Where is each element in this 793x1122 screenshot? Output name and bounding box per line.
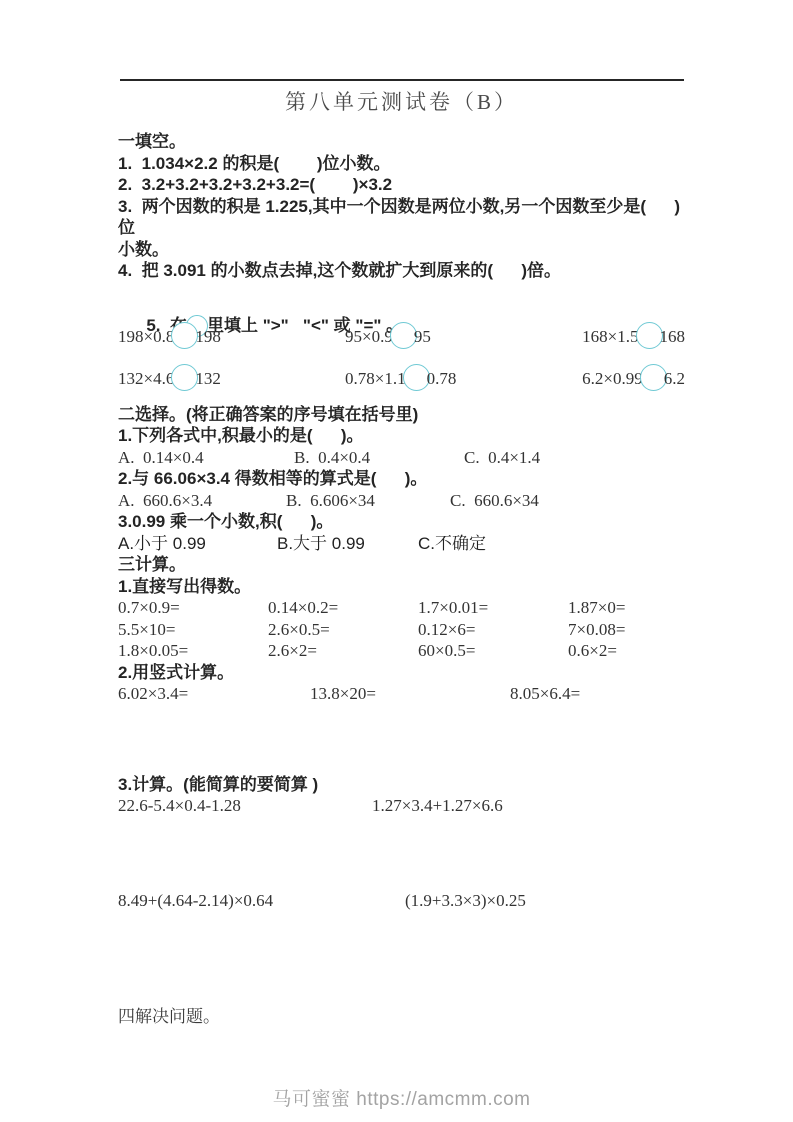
page-title: 第八单元测试卷（B） <box>118 88 685 116</box>
option-c: C. 0.4×1.4 <box>464 447 685 469</box>
math-expression: 1.87×0= <box>568 597 685 619</box>
choice-q2: 2.与 66.06×3.4 得数相等的算式是( )。 <box>118 468 685 490</box>
fill-q2: 2. 3.2+3.2+3.2+3.2+3.2=( )×3.2 <box>118 174 685 196</box>
simplify-row: 8.49+(4.64-2.14)×0.64 (1.9+3.3×3)×0.25 <box>118 890 685 912</box>
worksheet-content: 第八单元测试卷（B） 一填空。 1. 1.034×2.2 的积是( )位小数。 … <box>0 0 793 1112</box>
math-expression: 7×0.08= <box>568 619 685 641</box>
compare-right: 0.78 <box>427 369 457 388</box>
fill-q4: 4. 把 3.091 的小数点去掉,这个数就扩大到原来的( )倍。 <box>118 260 685 282</box>
compare-cell: 95×0.995 <box>345 322 560 352</box>
mental-math-row: 0.7×0.9= 0.14×0.2= 1.7×0.01= 1.87×0= <box>118 597 685 619</box>
fill-q5: 5. 在里填上 ">" "<" 或 "=" 。 <box>118 284 685 314</box>
option-a: A. 0.14×0.4 <box>118 447 294 469</box>
math-expression: 2.6×2= <box>268 640 418 662</box>
mental-math-label: 1.直接写出得数。 <box>118 576 685 598</box>
compare-right: 198 <box>195 327 221 346</box>
compare-right: 168 <box>660 327 686 346</box>
compare-left: 6.2×0.99 <box>582 369 643 388</box>
mental-math-row: 5.5×10= 2.6×0.5= 0.12×6= 7×0.08= <box>118 619 685 641</box>
compare-cell: 198×0.8198 <box>118 322 345 352</box>
compare-right: 132 <box>195 369 221 388</box>
simplify-calc-label: 3.计算。(能简算的要简算 ) <box>118 774 685 796</box>
math-expression: 0.12×6= <box>418 619 568 641</box>
fill-q3: 3. 两个因数的积是 1.225,其中一个因数是两位小数,另一个因数至少是( )… <box>118 196 685 239</box>
answer-circle-icon <box>636 322 663 349</box>
option-b: B. 0.4×0.4 <box>294 447 464 469</box>
choice-q2-options: A. 660.6×3.4 B. 6.606×34 C. 660.6×34 <box>118 490 685 512</box>
fill-q3-wrap: 小数。 <box>118 239 685 261</box>
section1-heading: 一填空。 <box>118 131 685 153</box>
compare-left: 198×0.8 <box>118 327 174 346</box>
worksheet-page: 第八单元测试卷（B） 一填空。 1. 1.034×2.2 的积是( )位小数。 … <box>0 0 793 1122</box>
math-expression: 1.27×3.4+1.27×6.6 <box>372 795 685 817</box>
math-expression: 1.8×0.05= <box>118 640 268 662</box>
option-c: C. 660.6×34 <box>450 490 685 512</box>
compare-left: 0.78×1.1 <box>345 369 406 388</box>
section2-heading: 二选择。(将正确答案的序号填在括号里) <box>118 404 685 426</box>
option-a: A. 660.6×3.4 <box>118 490 286 512</box>
compare-left: 95×0.9 <box>345 327 393 346</box>
section3-heading: 三计算。 <box>118 554 685 576</box>
math-expression: (1.9+3.3×3)×0.25 <box>405 890 685 912</box>
option-a: A.小于 0.99 <box>118 533 277 555</box>
math-expression: 8.05×6.4= <box>510 683 685 705</box>
answer-circle-icon <box>390 322 417 349</box>
compare-left: 168×1.5 <box>582 327 638 346</box>
option-b: B. 6.606×34 <box>286 490 450 512</box>
math-expression: 0.6×2= <box>568 640 685 662</box>
option-b: B.大于 0.99 <box>277 533 418 555</box>
vertical-calc-label: 2.用竖式计算。 <box>118 662 685 684</box>
math-expression: 8.49+(4.64-2.14)×0.64 <box>118 890 405 912</box>
choice-q3: 3.0.99 乘一个小数,积( )。 <box>118 511 685 533</box>
math-expression: 13.8×20= <box>310 683 510 705</box>
choice-q3-options: A.小于 0.99 B.大于 0.99 C.不确定 <box>118 533 685 555</box>
math-expression: 6.02×3.4= <box>118 683 310 705</box>
watermark-footer: 马可蜜蜜 https://amcmm.com <box>118 1088 685 1112</box>
math-expression: 1.7×0.01= <box>418 597 568 619</box>
math-expression: 0.7×0.9= <box>118 597 268 619</box>
compare-cell: 0.78×1.10.78 <box>345 364 560 394</box>
answer-circle-icon <box>640 364 667 391</box>
choice-q1-options: A. 0.14×0.4 B. 0.4×0.4 C. 0.4×1.4 <box>118 447 685 469</box>
section4-heading: 四解决问题。 <box>118 1006 685 1028</box>
option-c: C.不确定 <box>418 533 685 555</box>
compare-right: 95 <box>414 327 431 346</box>
mental-math-row: 1.8×0.05= 2.6×2= 60×0.5= 0.6×2= <box>118 640 685 662</box>
top-rule <box>120 79 684 81</box>
math-expression: 60×0.5= <box>418 640 568 662</box>
fill-q1: 1. 1.034×2.2 的积是( )位小数。 <box>118 153 685 175</box>
math-expression: 5.5×10= <box>118 619 268 641</box>
vertical-calc-row: 6.02×3.4= 13.8×20= 8.05×6.4= <box>118 683 685 705</box>
compare-row-2: 132×4.6132 0.78×1.10.78 6.2×0.996.2 <box>118 356 685 394</box>
math-expression: 2.6×0.5= <box>268 619 418 641</box>
answer-circle-icon <box>403 364 430 391</box>
compare-left: 132×4.6 <box>118 369 174 388</box>
compare-right: 6.2 <box>664 369 685 388</box>
math-expression: 22.6-5.4×0.4-1.28 <box>118 795 372 817</box>
choice-q1: 1.下列各式中,积最小的是( )。 <box>118 425 685 447</box>
compare-cell: 6.2×0.996.2 <box>582 364 685 394</box>
math-expression: 0.14×0.2= <box>268 597 418 619</box>
compare-cell: 168×1.5168 <box>582 322 685 352</box>
compare-cell: 132×4.6132 <box>118 364 345 394</box>
simplify-row: 22.6-5.4×0.4-1.28 1.27×3.4+1.27×6.6 <box>118 795 685 817</box>
